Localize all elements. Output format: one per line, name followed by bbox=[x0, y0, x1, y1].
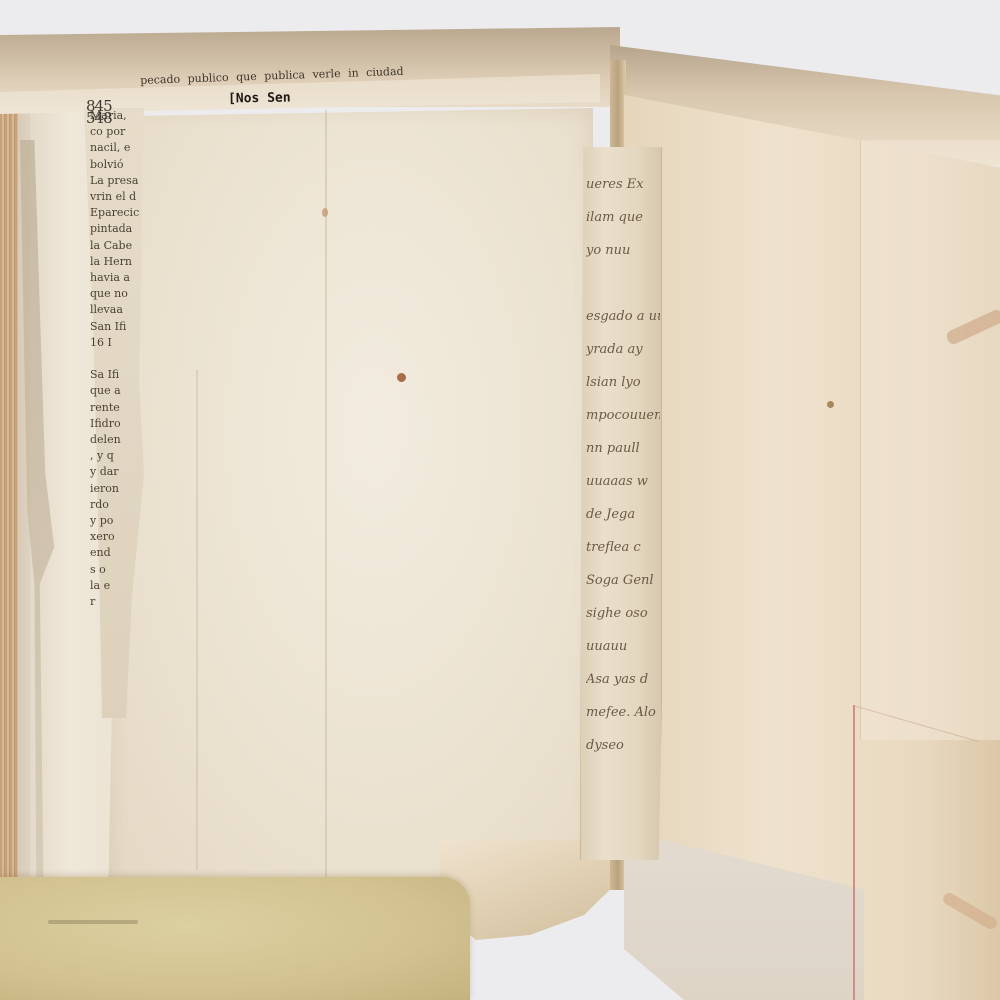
ink-stain-dot bbox=[397, 373, 406, 382]
handwritten-ink-mark: [Nos Sen bbox=[228, 90, 291, 106]
page-crease bbox=[325, 110, 327, 890]
vellum-front-cover bbox=[0, 877, 470, 1000]
cover-ink-mark bbox=[48, 920, 138, 924]
text-block-edge bbox=[0, 100, 18, 890]
printed-fragment-text: Maria, co por nacil, e bolvió La presa v… bbox=[90, 108, 150, 728]
ink-stain-dot bbox=[827, 401, 834, 408]
page-crease bbox=[196, 370, 198, 870]
folio-number: 845 548 bbox=[86, 100, 112, 124]
manuscript-handwriting: ueres Ex ilam que yo nuu esgado a uu yra… bbox=[586, 168, 660, 762]
foxing-spot bbox=[322, 208, 328, 217]
center-pastedown-leaf bbox=[108, 108, 593, 908]
red-ruled-line bbox=[853, 705, 855, 1000]
right-pasted-panel bbox=[860, 140, 1000, 740]
